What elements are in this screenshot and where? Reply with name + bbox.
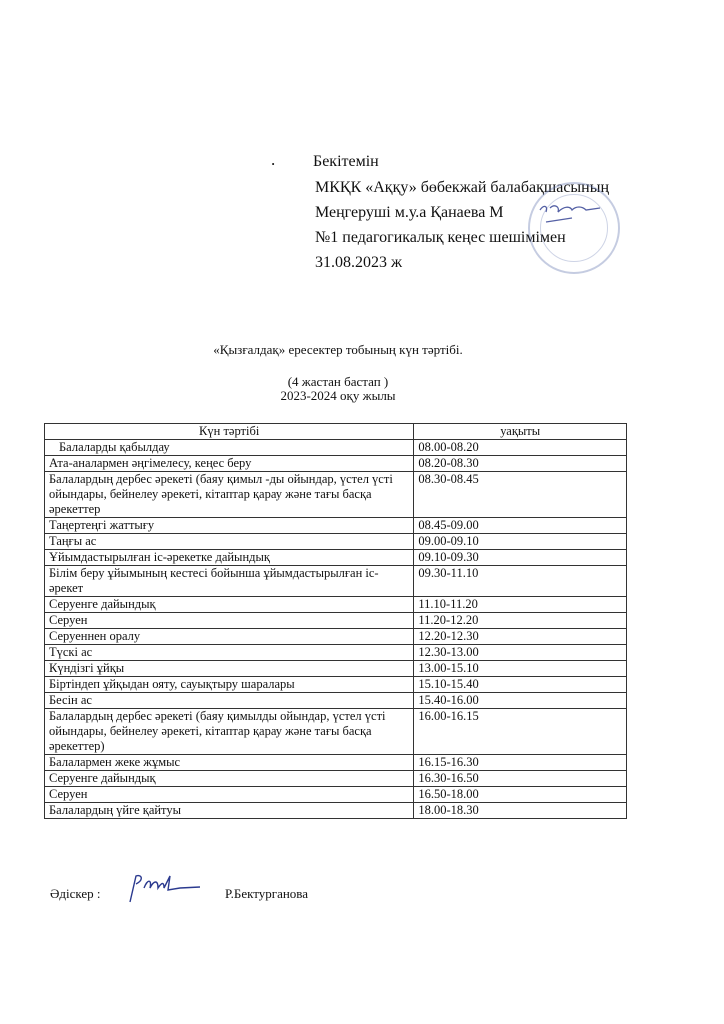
bullet: .: [271, 150, 275, 170]
activity-cell: Серуенге дайындық: [45, 771, 414, 787]
approval-line-date: 31.08.2023 ж: [315, 254, 402, 272]
daily-schedule-table: Күн тәртібі уақыты Балаларды қабылдау08.…: [44, 423, 627, 819]
table-row: Балалардың дербес әрекеті (баяу қимыл -д…: [45, 472, 627, 518]
approval-line-head: Меңгеруші м.у.а Қанаева М: [315, 204, 504, 222]
header-time: уақыты: [414, 424, 627, 440]
time-cell: 11.20-12.20: [414, 613, 627, 629]
activity-cell: Балалардың дербес әрекеті (баяу қимыл -д…: [45, 472, 414, 518]
stamp-seal-icon: [528, 182, 620, 274]
time-cell: 15.40-16.00: [414, 693, 627, 709]
activity-cell: Серуеннен оралу: [45, 629, 414, 645]
methodologist-label: Әдіскер :: [50, 886, 101, 902]
activity-cell: Ата-аналармен әңгімелесу, кеңес беру: [45, 456, 414, 472]
time-cell: 08.45-09.00: [414, 518, 627, 534]
time-cell: 11.10-11.20: [414, 597, 627, 613]
activity-cell: Балаларды қабылдау: [45, 440, 414, 456]
activity-cell: Білім беру ұйымының кестесі бойынша ұйым…: [45, 566, 414, 597]
time-cell: 12.20-12.30: [414, 629, 627, 645]
time-cell: 15.10-15.40: [414, 677, 627, 693]
schedule-title: «Қызғалдақ» ересектер тобының күн тәртіб…: [0, 342, 700, 358]
activity-cell: Күндізгі ұйқы: [45, 661, 414, 677]
activity-cell: Серуенге дайындық: [45, 597, 414, 613]
table-row: Біртіндеп ұйқыдан ояту, сауықтыру шарала…: [45, 677, 627, 693]
table-row: Серуеннен оралу12.20-12.30: [45, 629, 627, 645]
table-row: Балалардың дербес әрекеті (баяу қимылды …: [45, 709, 627, 755]
time-cell: 09.00-09.10: [414, 534, 627, 550]
table-row: Ұйымдастырылған іс-әрекетке дайындық09.1…: [45, 550, 627, 566]
time-cell: 16.30-16.50: [414, 771, 627, 787]
time-cell: 16.50-18.00: [414, 787, 627, 803]
time-cell: 08.00-08.20: [414, 440, 627, 456]
table-row: Түскі ас12.30-13.00: [45, 645, 627, 661]
table-row: Балалармен жеке жұмыс16.15-16.30: [45, 755, 627, 771]
activity-cell: Балалармен жеке жұмыс: [45, 755, 414, 771]
methodologist-name: Р.Бектурганова: [225, 886, 308, 902]
activity-cell: Таңертеңгі жаттығу: [45, 518, 414, 534]
table-row: Таңертеңгі жаттығу08.45-09.00: [45, 518, 627, 534]
table-header-row: Күн тәртібі уақыты: [45, 424, 627, 440]
approval-line-approve: Бекітемін: [313, 153, 379, 171]
table-row: Серуен11.20-12.20: [45, 613, 627, 629]
time-cell: 08.30-08.45: [414, 472, 627, 518]
table-row: Серуен16.50-18.00: [45, 787, 627, 803]
table-row: Серуенге дайындық11.10-11.20: [45, 597, 627, 613]
table-row: Балаларды қабылдау08.00-08.20: [45, 440, 627, 456]
time-cell: 08.20-08.30: [414, 456, 627, 472]
time-cell: 12.30-13.00: [414, 645, 627, 661]
table-row: Таңғы ас09.00-09.10: [45, 534, 627, 550]
table-row: Ата-аналармен әңгімелесу, кеңес беру08.2…: [45, 456, 627, 472]
activity-cell: Таңғы ас: [45, 534, 414, 550]
table-row: Балалардың үйге қайтуы18.00-18.30: [45, 803, 627, 819]
activity-cell: Ұйымдастырылған іс-әрекетке дайындық: [45, 550, 414, 566]
activity-cell: Серуен: [45, 787, 414, 803]
time-cell: 16.15-16.30: [414, 755, 627, 771]
table-row: Білім беру ұйымының кестесі бойынша ұйым…: [45, 566, 627, 597]
activity-cell: Түскі ас: [45, 645, 414, 661]
activity-cell: Біртіндеп ұйқыдан ояту, сауықтыру шарала…: [45, 677, 414, 693]
activity-cell: Балалардың дербес әрекеті (баяу қимылды …: [45, 709, 414, 755]
time-cell: 16.00-16.15: [414, 709, 627, 755]
activity-cell: Бесін ас: [45, 693, 414, 709]
time-cell: 09.10-09.30: [414, 550, 627, 566]
table-row: Күндізгі ұйқы13.00-15.10: [45, 661, 627, 677]
time-cell: 09.30-11.10: [414, 566, 627, 597]
activity-cell: Серуен: [45, 613, 414, 629]
head-signature-icon: [536, 200, 606, 230]
table-row: Бесін ас15.40-16.00: [45, 693, 627, 709]
methodologist-signature-icon: [124, 872, 204, 906]
time-cell: 13.00-15.10: [414, 661, 627, 677]
time-cell: 18.00-18.30: [414, 803, 627, 819]
header-activity: Күн тәртібі: [45, 424, 414, 440]
activity-cell: Балалардың үйге қайтуы: [45, 803, 414, 819]
table-row: Серуенге дайындық16.30-16.50: [45, 771, 627, 787]
academic-year: 2023-2024 оқу жылы: [0, 388, 700, 404]
